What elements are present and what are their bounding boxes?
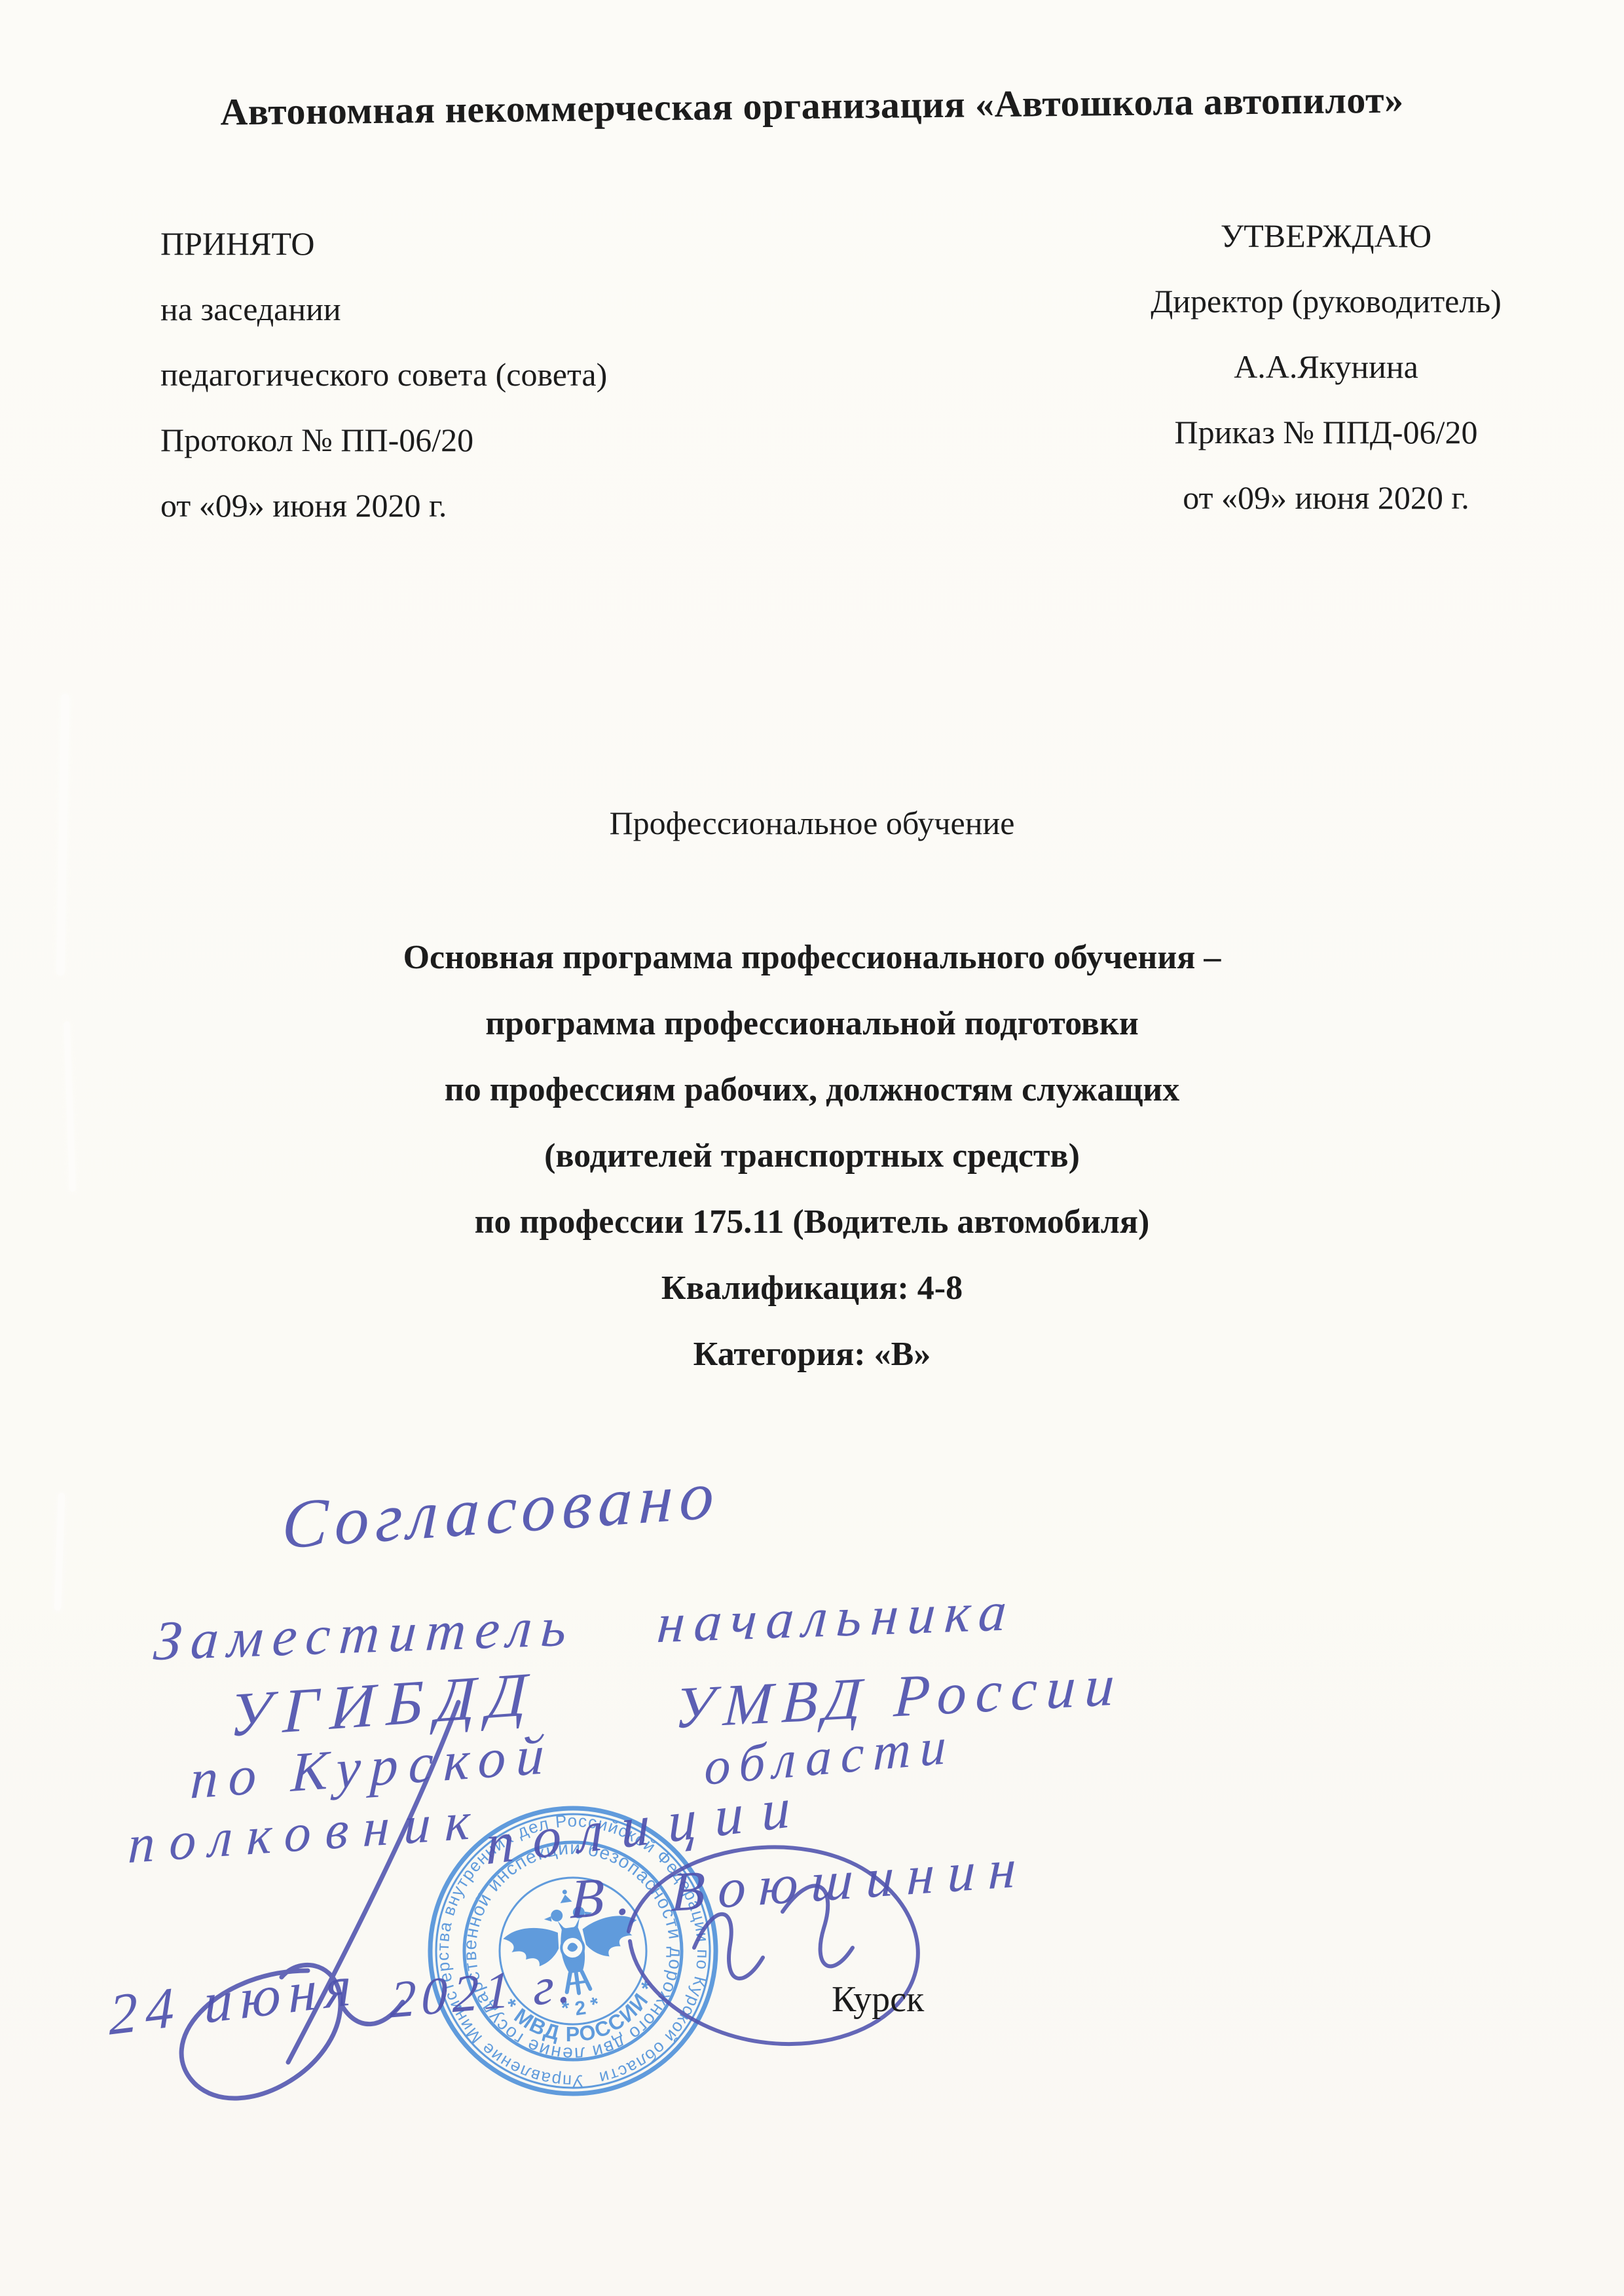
scan-scratch bbox=[54, 1493, 65, 1611]
program-title-line: по профессиям рабочих, должностям служащ… bbox=[0, 1057, 1624, 1123]
approved-line: А.А.Якунина bbox=[1133, 334, 1519, 399]
eagle-left-head bbox=[550, 1909, 563, 1922]
approved-line: Директор (руководитель) bbox=[1133, 268, 1519, 334]
program-title-line: Квалификация: 4-8 bbox=[0, 1255, 1624, 1321]
program-title-line: по профессии 175.11 (Водитель автомобиля… bbox=[0, 1189, 1624, 1255]
organization-title: Автономная некоммерческая организация «А… bbox=[0, 75, 1624, 136]
program-title-line: Категория: «В» bbox=[0, 1321, 1624, 1387]
handwritten-date-day: 24 июня bbox=[109, 1952, 360, 2049]
program-title-line: Основная программа профессионального обу… bbox=[0, 924, 1624, 991]
accepted-line: педагогического совета (совета) bbox=[160, 342, 607, 407]
approved-heading: УТВЕРЖДАЮ bbox=[1133, 203, 1519, 268]
accepted-heading: ПРИНЯТО bbox=[160, 211, 607, 276]
accepted-line: на заседании bbox=[160, 276, 607, 342]
accepted-line: от «09» июня 2020 г. bbox=[160, 473, 607, 538]
accepted-line: Протокол № ПП-06/20 bbox=[160, 407, 607, 473]
handwritten-position: Заместитель начальника bbox=[152, 1579, 1018, 1673]
approved-block: УТВЕРЖДАЮ Директор (руководитель) А.А.Як… bbox=[1133, 203, 1519, 530]
scanned-document-page: Автономная некоммерческая организация «А… bbox=[0, 0, 1624, 2296]
city-label: Курск bbox=[832, 1978, 924, 2020]
program-title-block: Основная программа профессионального обу… bbox=[0, 924, 1624, 1387]
accepted-block: ПРИНЯТО на заседании педагогического сов… bbox=[160, 211, 607, 538]
program-title-line: (водителей транспортных средств) bbox=[0, 1123, 1624, 1189]
handwritten-agreed: Согласовано bbox=[281, 1454, 722, 1564]
program-title-line: программа профессиональной подготовки bbox=[0, 991, 1624, 1057]
approved-line: Приказ № ППД-06/20 bbox=[1133, 399, 1519, 465]
approved-line: от «09» июня 2020 г. bbox=[1133, 465, 1519, 530]
document-subtitle: Профессиональное обучение bbox=[0, 804, 1624, 842]
